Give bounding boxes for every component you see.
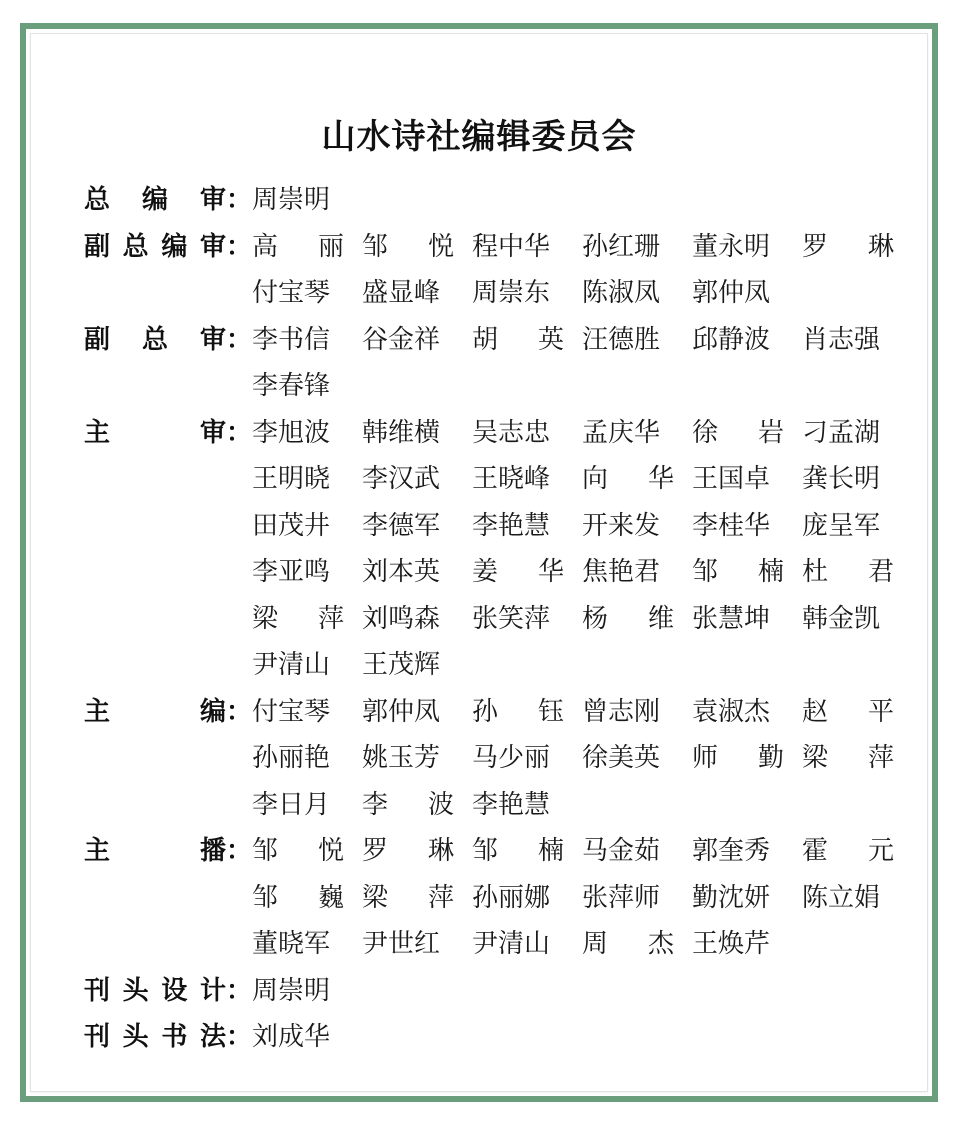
roster-section: 副总编审：高丽邹悦程中华孙红珊董永明罗琳付宝琴盛显峰周崇东陈淑凤郭仲凤 bbox=[84, 224, 904, 317]
section-label: 主编： bbox=[84, 689, 252, 736]
label-colon: ： bbox=[226, 828, 252, 875]
section-label-text: 主播 bbox=[84, 828, 226, 875]
roster-section: 主编：付宝琴郭仲凤孙钰曾志刚袁淑杰赵平孙丽艳姚玉芳马少丽徐美英师勤梁萍李日月李波… bbox=[84, 689, 904, 829]
member-name: 陈淑凤 bbox=[582, 270, 674, 317]
member-name: 向华 bbox=[582, 456, 674, 503]
section-label: 刊头设计： bbox=[84, 968, 252, 1015]
member-name: 王国卓 bbox=[692, 456, 784, 503]
member-name: 李亚鸣 bbox=[252, 549, 344, 596]
member-name: 邹巍 bbox=[252, 875, 344, 922]
name-char: 岩 bbox=[758, 410, 784, 457]
member-name: 李波 bbox=[362, 782, 454, 829]
name-char: 高 bbox=[252, 224, 278, 271]
label-char: 头 bbox=[123, 1014, 149, 1061]
member-name: 付宝琴 bbox=[252, 689, 344, 736]
member-name: 王明晓 bbox=[252, 456, 344, 503]
member-name: 尹清山 bbox=[252, 642, 344, 689]
member-name: 郭仲凤 bbox=[692, 270, 784, 317]
member-name: 周崇明 bbox=[252, 177, 344, 224]
section-label-text: 总编审 bbox=[84, 177, 226, 224]
member-name: 师勤 bbox=[692, 735, 784, 782]
label-char: 总 bbox=[84, 177, 110, 224]
member-name: 罗琳 bbox=[802, 224, 894, 271]
name-list: 高丽邹悦程中华孙红珊董永明罗琳付宝琴盛显峰周崇东陈淑凤郭仲凤 bbox=[252, 224, 912, 317]
member-name: 孙红珊 bbox=[582, 224, 674, 271]
roster-section: 刊头设计：周崇明 bbox=[84, 968, 904, 1015]
label-char: 总 bbox=[123, 224, 149, 271]
name-char: 梁 bbox=[252, 596, 278, 643]
member-name: 开来发 bbox=[582, 503, 674, 550]
name-char: 华 bbox=[648, 456, 674, 503]
member-name: 罗琳 bbox=[362, 828, 454, 875]
label-char: 审 bbox=[200, 317, 226, 364]
name-char: 向 bbox=[582, 456, 608, 503]
member-name: 王晓峰 bbox=[472, 456, 564, 503]
member-name: 肖志强 bbox=[802, 317, 894, 364]
member-name: 孙丽艳 bbox=[252, 735, 344, 782]
member-name: 梁萍 bbox=[362, 875, 454, 922]
section-label: 主播： bbox=[84, 828, 252, 875]
label-colon: ： bbox=[226, 689, 252, 736]
label-colon: ： bbox=[226, 1014, 252, 1061]
label-char: 审 bbox=[200, 177, 226, 224]
name-char: 萍 bbox=[868, 735, 894, 782]
committee-roster: 总编审：周崇明副总编审：高丽邹悦程中华孙红珊董永明罗琳付宝琴盛显峰周崇东陈淑凤郭… bbox=[84, 177, 904, 1061]
name-char: 师 bbox=[692, 735, 718, 782]
section-label-text: 刊头书法 bbox=[84, 1014, 226, 1061]
member-name: 董晓军 bbox=[252, 921, 344, 968]
name-list: 付宝琴郭仲凤孙钰曾志刚袁淑杰赵平孙丽艳姚玉芳马少丽徐美英师勤梁萍李日月李波李艳慧 bbox=[252, 689, 912, 829]
label-char: 主 bbox=[84, 689, 110, 736]
roster-section: 主审：李旭波韩维横吴志忠孟庆华徐岩刁孟湖王明晓李汉武王晓峰向华王国卓龚长明田茂井… bbox=[84, 410, 904, 689]
member-name: 周崇东 bbox=[472, 270, 564, 317]
member-name: 孙丽娜 bbox=[472, 875, 564, 922]
member-name: 张萍师 bbox=[582, 875, 674, 922]
section-label: 刊头书法： bbox=[84, 1014, 252, 1061]
label-colon: ： bbox=[226, 177, 252, 224]
member-name: 孟庆华 bbox=[582, 410, 674, 457]
member-name: 周杰 bbox=[582, 921, 674, 968]
member-name: 赵平 bbox=[802, 689, 894, 736]
name-list: 周崇明 bbox=[252, 968, 912, 1015]
label-char: 总 bbox=[142, 317, 168, 364]
member-name: 刘成华 bbox=[252, 1014, 344, 1061]
name-char: 邹 bbox=[252, 875, 278, 922]
label-char: 法 bbox=[200, 1014, 226, 1061]
member-name: 李日月 bbox=[252, 782, 344, 829]
label-char: 编 bbox=[142, 177, 168, 224]
name-char: 丽 bbox=[318, 224, 344, 271]
member-name: 张慧坤 bbox=[692, 596, 784, 643]
roster-section: 主播：邹悦罗琳邹楠马金茹郭奎秀霍元邹巍梁萍孙丽娜张萍师勤沈妍陈立娟董晓军尹世红尹… bbox=[84, 828, 904, 968]
member-name: 郭奎秀 bbox=[692, 828, 784, 875]
name-char: 罗 bbox=[362, 828, 388, 875]
label-char: 主 bbox=[84, 410, 110, 457]
member-name: 邹楠 bbox=[472, 828, 564, 875]
member-name: 董永明 bbox=[692, 224, 784, 271]
member-name: 马金茹 bbox=[582, 828, 674, 875]
roster-section: 副总审：李书信谷金祥胡英汪德胜邱静波肖志强李春锋 bbox=[84, 317, 904, 410]
member-name: 王茂辉 bbox=[362, 642, 454, 689]
name-char: 勤 bbox=[758, 735, 784, 782]
label-colon: ： bbox=[226, 410, 252, 457]
name-char: 霍 bbox=[802, 828, 828, 875]
member-name: 高丽 bbox=[252, 224, 344, 271]
name-char: 君 bbox=[868, 549, 894, 596]
name-char: 波 bbox=[428, 782, 454, 829]
name-char: 悦 bbox=[428, 224, 454, 271]
section-label: 总编审： bbox=[84, 177, 252, 224]
member-name: 姜华 bbox=[472, 549, 564, 596]
section-label: 主审： bbox=[84, 410, 252, 457]
member-name: 张笑萍 bbox=[472, 596, 564, 643]
name-list: 李旭波韩维横吴志忠孟庆华徐岩刁孟湖王明晓李汉武王晓峰向华王国卓龚长明田茂井李德军… bbox=[252, 410, 912, 689]
member-name: 徐岩 bbox=[692, 410, 784, 457]
label-char: 副 bbox=[84, 224, 110, 271]
name-char: 杰 bbox=[648, 921, 674, 968]
member-name: 郭仲凤 bbox=[362, 689, 454, 736]
name-char: 悦 bbox=[318, 828, 344, 875]
member-name: 尹清山 bbox=[472, 921, 564, 968]
member-name: 姚玉芳 bbox=[362, 735, 454, 782]
name-char: 平 bbox=[868, 689, 894, 736]
member-name: 梁萍 bbox=[252, 596, 344, 643]
name-char: 萍 bbox=[428, 875, 454, 922]
label-char: 审 bbox=[200, 410, 226, 457]
name-char: 英 bbox=[538, 317, 564, 364]
name-char: 钰 bbox=[538, 689, 564, 736]
member-name: 谷金祥 bbox=[362, 317, 454, 364]
member-name: 霍元 bbox=[802, 828, 894, 875]
member-name: 刘本英 bbox=[362, 549, 454, 596]
member-name: 马少丽 bbox=[472, 735, 564, 782]
label-colon: ： bbox=[226, 224, 252, 271]
label-colon: ： bbox=[226, 317, 252, 364]
name-char: 邹 bbox=[252, 828, 278, 875]
member-name: 李汉武 bbox=[362, 456, 454, 503]
name-char: 琳 bbox=[428, 828, 454, 875]
member-name: 胡英 bbox=[472, 317, 564, 364]
name-char: 梁 bbox=[802, 735, 828, 782]
roster-section: 总编审：周崇明 bbox=[84, 177, 904, 224]
member-name: 李桂华 bbox=[692, 503, 784, 550]
member-name: 李德军 bbox=[362, 503, 454, 550]
name-char: 邹 bbox=[362, 224, 388, 271]
member-name: 焦艳君 bbox=[582, 549, 674, 596]
member-name: 周崇明 bbox=[252, 968, 344, 1015]
member-name: 勤沈妍 bbox=[692, 875, 784, 922]
section-label-text: 副总编审 bbox=[84, 224, 226, 271]
label-char: 书 bbox=[161, 1014, 187, 1061]
member-name: 汪德胜 bbox=[582, 317, 674, 364]
name-char: 杜 bbox=[802, 549, 828, 596]
name-char: 孙 bbox=[472, 689, 498, 736]
member-name: 杨维 bbox=[582, 596, 674, 643]
section-label: 副总审： bbox=[84, 317, 252, 364]
member-name: 李艳慧 bbox=[472, 503, 564, 550]
label-char: 编 bbox=[200, 689, 226, 736]
member-name: 邹楠 bbox=[692, 549, 784, 596]
section-label-text: 主审 bbox=[84, 410, 226, 457]
member-name: 刘鸣森 bbox=[362, 596, 454, 643]
name-char: 罗 bbox=[802, 224, 828, 271]
page-title: 山水诗社编辑委员会 bbox=[26, 109, 932, 158]
member-name: 李旭波 bbox=[252, 410, 344, 457]
member-name: 孙钰 bbox=[472, 689, 564, 736]
member-name: 杜君 bbox=[802, 549, 894, 596]
member-name: 吴志忠 bbox=[472, 410, 564, 457]
member-name: 尹世红 bbox=[362, 921, 454, 968]
label-char: 编 bbox=[161, 224, 187, 271]
name-list: 邹悦罗琳邹楠马金茹郭奎秀霍元邹巍梁萍孙丽娜张萍师勤沈妍陈立娟董晓军尹世红尹清山周… bbox=[252, 828, 912, 968]
name-char: 徐 bbox=[692, 410, 718, 457]
label-char: 头 bbox=[123, 968, 149, 1015]
member-name: 梁萍 bbox=[802, 735, 894, 782]
name-char: 胡 bbox=[472, 317, 498, 364]
label-colon: ： bbox=[226, 968, 252, 1015]
label-char: 副 bbox=[84, 317, 110, 364]
name-list: 周崇明 bbox=[252, 177, 912, 224]
name-char: 华 bbox=[538, 549, 564, 596]
member-name: 盛显峰 bbox=[362, 270, 454, 317]
member-name: 邹悦 bbox=[362, 224, 454, 271]
name-char: 楠 bbox=[538, 828, 564, 875]
name-char: 姜 bbox=[472, 549, 498, 596]
name-char: 梁 bbox=[362, 875, 388, 922]
document-frame: 山水诗社编辑委员会 总编审：周崇明副总编审：高丽邹悦程中华孙红珊董永明罗琳付宝琴… bbox=[20, 23, 938, 1102]
member-name: 王焕芹 bbox=[692, 921, 784, 968]
member-name: 曾志刚 bbox=[582, 689, 674, 736]
name-char: 邹 bbox=[472, 828, 498, 875]
member-name: 李春锋 bbox=[252, 363, 344, 410]
name-char: 周 bbox=[582, 921, 608, 968]
name-char: 琳 bbox=[868, 224, 894, 271]
member-name: 李书信 bbox=[252, 317, 344, 364]
label-char: 计 bbox=[200, 968, 226, 1015]
name-char: 邹 bbox=[692, 549, 718, 596]
section-label: 副总编审： bbox=[84, 224, 252, 271]
member-name: 程中华 bbox=[472, 224, 564, 271]
name-list: 李书信谷金祥胡英汪德胜邱静波肖志强李春锋 bbox=[252, 317, 912, 410]
name-char: 巍 bbox=[318, 875, 344, 922]
label-char: 审 bbox=[200, 224, 226, 271]
name-list: 刘成华 bbox=[252, 1014, 912, 1061]
member-name: 徐美英 bbox=[582, 735, 674, 782]
label-char: 设 bbox=[161, 968, 187, 1015]
label-char: 播 bbox=[200, 828, 226, 875]
member-name: 陈立娟 bbox=[802, 875, 894, 922]
label-char: 刊 bbox=[84, 1014, 110, 1061]
member-name: 袁淑杰 bbox=[692, 689, 784, 736]
section-label-text: 主编 bbox=[84, 689, 226, 736]
name-char: 维 bbox=[648, 596, 674, 643]
name-char: 赵 bbox=[802, 689, 828, 736]
name-char: 萍 bbox=[318, 596, 344, 643]
member-name: 刁孟湖 bbox=[802, 410, 894, 457]
member-name: 邹悦 bbox=[252, 828, 344, 875]
member-name: 龚长明 bbox=[802, 456, 894, 503]
label-char: 刊 bbox=[84, 968, 110, 1015]
member-name: 邱静波 bbox=[692, 317, 784, 364]
member-name: 庞呈军 bbox=[802, 503, 894, 550]
label-char: 主 bbox=[84, 828, 110, 875]
member-name: 田茂井 bbox=[252, 503, 344, 550]
roster-section: 刊头书法：刘成华 bbox=[84, 1014, 904, 1061]
member-name: 李艳慧 bbox=[472, 782, 564, 829]
section-label-text: 副总审 bbox=[84, 317, 226, 364]
name-char: 楠 bbox=[758, 549, 784, 596]
member-name: 韩金凯 bbox=[802, 596, 894, 643]
name-char: 元 bbox=[868, 828, 894, 875]
name-char: 杨 bbox=[582, 596, 608, 643]
member-name: 韩维横 bbox=[362, 410, 454, 457]
name-char: 李 bbox=[362, 782, 388, 829]
section-label-text: 刊头设计 bbox=[84, 968, 226, 1015]
member-name: 付宝琴 bbox=[252, 270, 344, 317]
